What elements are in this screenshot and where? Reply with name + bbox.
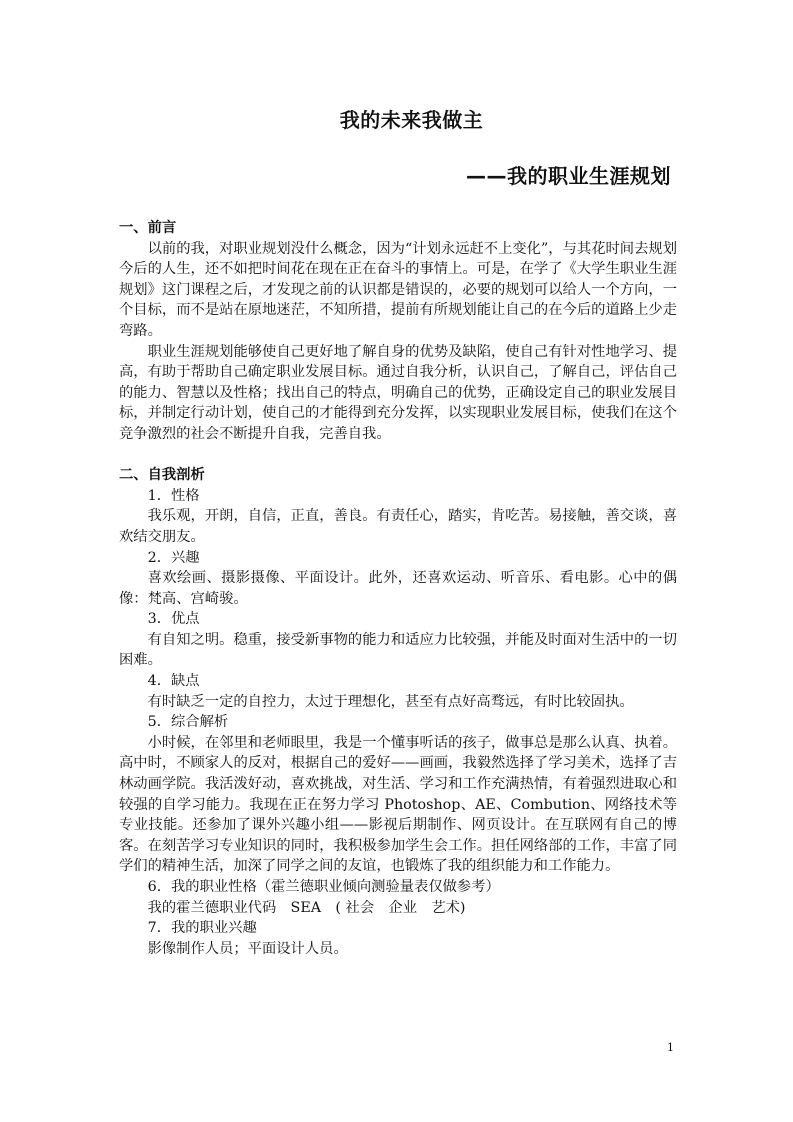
page-number: 1 bbox=[667, 1041, 674, 1054]
spacer bbox=[119, 445, 677, 466]
paragraph: 小时候，在邻里和老师眼里，我是一个懂事听话的孩子，做事总是那么认真、执着。高中时… bbox=[119, 733, 677, 877]
paragraph: 有时缺乏一定的自控力，太过于理想化，甚至有点好高骛远，有时比较固执。 bbox=[119, 692, 677, 713]
paragraph: 影像制作人员；平面设计人员。 bbox=[119, 939, 677, 960]
paragraph: 喜欢绘画、摄影摄像、平面设计。此外，还喜欢运动、听音乐、看电影。心中的偶像：梵高… bbox=[119, 568, 677, 609]
subsection-label-strengths: 3．优点 bbox=[119, 609, 677, 630]
subsection-label-summary: 5．综合解析 bbox=[119, 712, 677, 733]
subsection-label-weaknesses: 4．缺点 bbox=[119, 671, 677, 692]
subsection-label-interests: 2．兴趣 bbox=[119, 548, 677, 569]
document-subtitle: ——我的职业生涯规划 bbox=[466, 160, 671, 189]
paragraph: 有自知之明。稳重，接受新事物的能力和适应力比较强，并能及时面对生活中的一切困难。 bbox=[119, 630, 677, 671]
document-title: 我的未来我做主 bbox=[0, 104, 793, 133]
paragraph: 以前的我，对职业规划没什么概念，因为“计划永远赶不上变化”，与其花时间去规划今后… bbox=[119, 239, 677, 342]
subsection-label-career-personality: 6．我的职业性格（霍兰德职业倾向测验量表仅做参考） bbox=[119, 877, 677, 898]
paragraph: 我乐观，开朗，自信，正直，善良。有责任心，踏实，肯吃苦。易接触，善交谈，喜欢结交… bbox=[119, 506, 677, 547]
document-body: 一、前言 以前的我，对职业规划没什么概念，因为“计划永远赶不上变化”，与其花时间… bbox=[119, 218, 677, 959]
document-page: 我的未来我做主 ——我的职业生涯规划 一、前言 以前的我，对职业规划没什么概念，… bbox=[0, 0, 793, 1122]
section-heading-preface: 一、前言 bbox=[119, 218, 677, 239]
subsection-label-personality: 1．性格 bbox=[119, 486, 677, 507]
paragraph: 我的霍兰德职业代码 SEA ( 社会 企业 艺术) bbox=[119, 898, 677, 919]
subsection-label-career-interests: 7．我的职业兴趣 bbox=[119, 918, 677, 939]
paragraph: 职业生涯规划能够使自己更好地了解自身的优势及缺陷，使自己有针对性地学习、提高，有… bbox=[119, 342, 677, 445]
section-heading-self-analysis: 二、自我剖析 bbox=[119, 465, 677, 486]
